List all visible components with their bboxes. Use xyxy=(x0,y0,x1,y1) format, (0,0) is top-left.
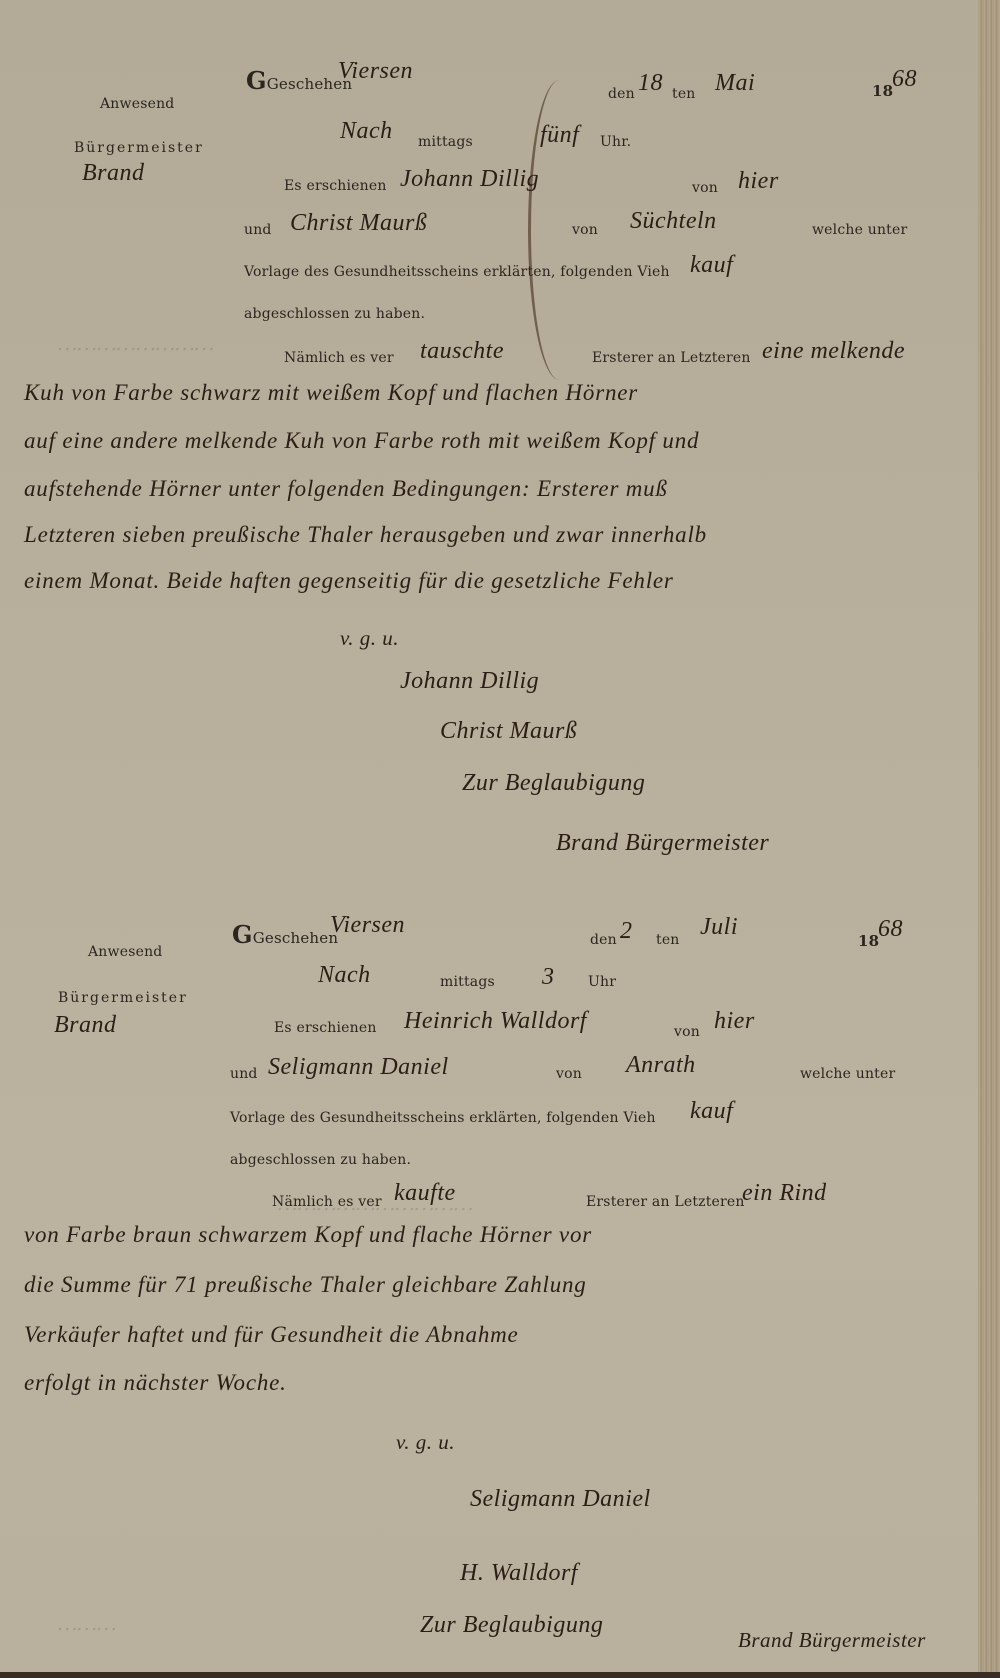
happened-label: GGeschehen xyxy=(246,66,352,95)
signature: Seligmann Daniel xyxy=(470,1486,651,1513)
mayor-label: Bürgermeister xyxy=(58,990,188,1006)
person1-origin: hier xyxy=(714,1008,755,1035)
und-label: und xyxy=(230,1066,258,1082)
von-label: von xyxy=(572,222,598,238)
hour: 3 xyxy=(542,964,555,991)
person2-origin: Anrath xyxy=(626,1052,696,1079)
von-label: von xyxy=(692,180,718,196)
mittags-label: mittags xyxy=(440,974,495,990)
body-line: Letzteren sieben preußische Thaler herau… xyxy=(24,522,707,548)
body-line: von Farbe braun schwarzem Kopf und flach… xyxy=(24,1222,592,1248)
year-suffix: 68 xyxy=(878,916,903,943)
bleed-through-text: ……… xyxy=(55,1610,123,1636)
closing: v. g. u. xyxy=(340,626,399,651)
ten-label: ten xyxy=(656,932,680,948)
appeared-label: Es erschienen xyxy=(284,178,387,194)
present-label: Anwesend xyxy=(100,96,174,112)
person2-origin: Süchteln xyxy=(630,208,717,235)
year-prefix: 18 xyxy=(872,82,893,100)
appeared-label: Es erschienen xyxy=(274,1020,377,1036)
time-prefix: Nach xyxy=(318,962,371,989)
person1: Johann Dillig xyxy=(400,166,539,193)
person2: Christ Maurß xyxy=(290,210,427,237)
present-label: Anwesend xyxy=(88,944,162,960)
place: Viersen xyxy=(330,912,405,939)
naemlich-label: Nämlich es ver xyxy=(284,350,394,366)
bleed-through-text: …………………… xyxy=(55,330,221,356)
register-page: …………………… ………………………… ……… Anwesend Bürgerm… xyxy=(0,0,978,1672)
den-label: den xyxy=(608,86,635,102)
vorlage-label: Vorlage des Gesundheitsscheins erklärten… xyxy=(244,264,670,280)
text-start: ein Rind xyxy=(742,1180,827,1207)
signature: H. Walldorf xyxy=(460,1560,578,1587)
abgeschlossen-label: abgeschlossen zu haben. xyxy=(230,1152,411,1168)
uhr-label: Uhr xyxy=(588,974,616,990)
person2: Seligmann Daniel xyxy=(268,1054,449,1081)
mayor-name: Brand xyxy=(54,1012,117,1039)
attestation: Zur Beglaubigung xyxy=(420,1612,603,1639)
vorlage-label: Vorlage des Gesundheitsscheins erklärten… xyxy=(230,1110,656,1126)
mittags-label: mittags xyxy=(418,134,473,150)
body-line: auf eine andere melkende Kuh von Farbe r… xyxy=(24,428,699,454)
body-line: einem Monat. Beide haften gegenseitig fü… xyxy=(24,568,674,594)
body-line: aufstehende Hörner unter folgenden Bedin… xyxy=(24,476,668,502)
body-line: erfolgt in nächster Woche. xyxy=(24,1370,287,1396)
person1-origin: hier xyxy=(738,168,779,195)
deal-type: kauf xyxy=(690,252,733,279)
mayor-label: Bürgermeister xyxy=(74,140,204,156)
welche-unter-label: welche unter xyxy=(812,222,907,238)
abgeschlossen-label: abgeschlossen zu haben. xyxy=(244,306,425,322)
uhr-label: Uhr. xyxy=(600,134,631,150)
welche-unter-label: welche unter xyxy=(800,1066,895,1082)
attestation-signature: Brand Bürgermeister xyxy=(556,830,769,857)
body-line: Verkäufer haftet und für Gesundheit die … xyxy=(24,1322,519,1348)
month: Juli xyxy=(700,914,738,941)
happened-label: GGeschehen xyxy=(232,920,338,949)
closing: v. g. u. xyxy=(396,1430,455,1455)
book-page-edges xyxy=(978,0,1000,1678)
day: 18 xyxy=(638,70,663,97)
den-label: den xyxy=(590,932,617,948)
von-label: von xyxy=(556,1066,582,1082)
attestation-signature: Brand Bürgermeister xyxy=(738,1628,926,1653)
body-line: Kuh von Farbe schwarz mit weißem Kopf un… xyxy=(24,380,638,406)
month: Mai xyxy=(715,70,755,97)
year-suffix: 68 xyxy=(892,66,917,93)
body-line: die Summe für 71 preußische Thaler gleic… xyxy=(24,1272,587,1298)
signature: Johann Dillig xyxy=(400,668,539,695)
attestation: Zur Beglaubigung xyxy=(462,770,645,797)
mayor-name: Brand xyxy=(82,160,145,187)
von-label: von xyxy=(674,1024,700,1040)
und-label: und xyxy=(244,222,272,238)
naemlich-label: Nämlich es ver xyxy=(272,1194,382,1210)
signature: Christ Maurß xyxy=(440,718,577,745)
year-prefix: 18 xyxy=(858,932,879,950)
ersterer-label: Ersterer an Letzteren xyxy=(586,1194,745,1210)
happened-label-text: Geschehen xyxy=(253,929,339,947)
text-start: eine melkende xyxy=(762,338,905,365)
bottom-shadow xyxy=(0,1672,1000,1678)
time-prefix: Nach xyxy=(340,118,393,145)
day: 2 xyxy=(620,918,633,945)
place: Viersen xyxy=(338,58,413,85)
deal-type: kauf xyxy=(690,1098,733,1125)
ten-label: ten xyxy=(672,86,696,102)
person1: Heinrich Walldorf xyxy=(404,1008,587,1035)
verb: tauschte xyxy=(420,338,504,365)
verb: kaufte xyxy=(394,1180,456,1207)
ersterer-label: Ersterer an Letzteren xyxy=(592,350,751,366)
